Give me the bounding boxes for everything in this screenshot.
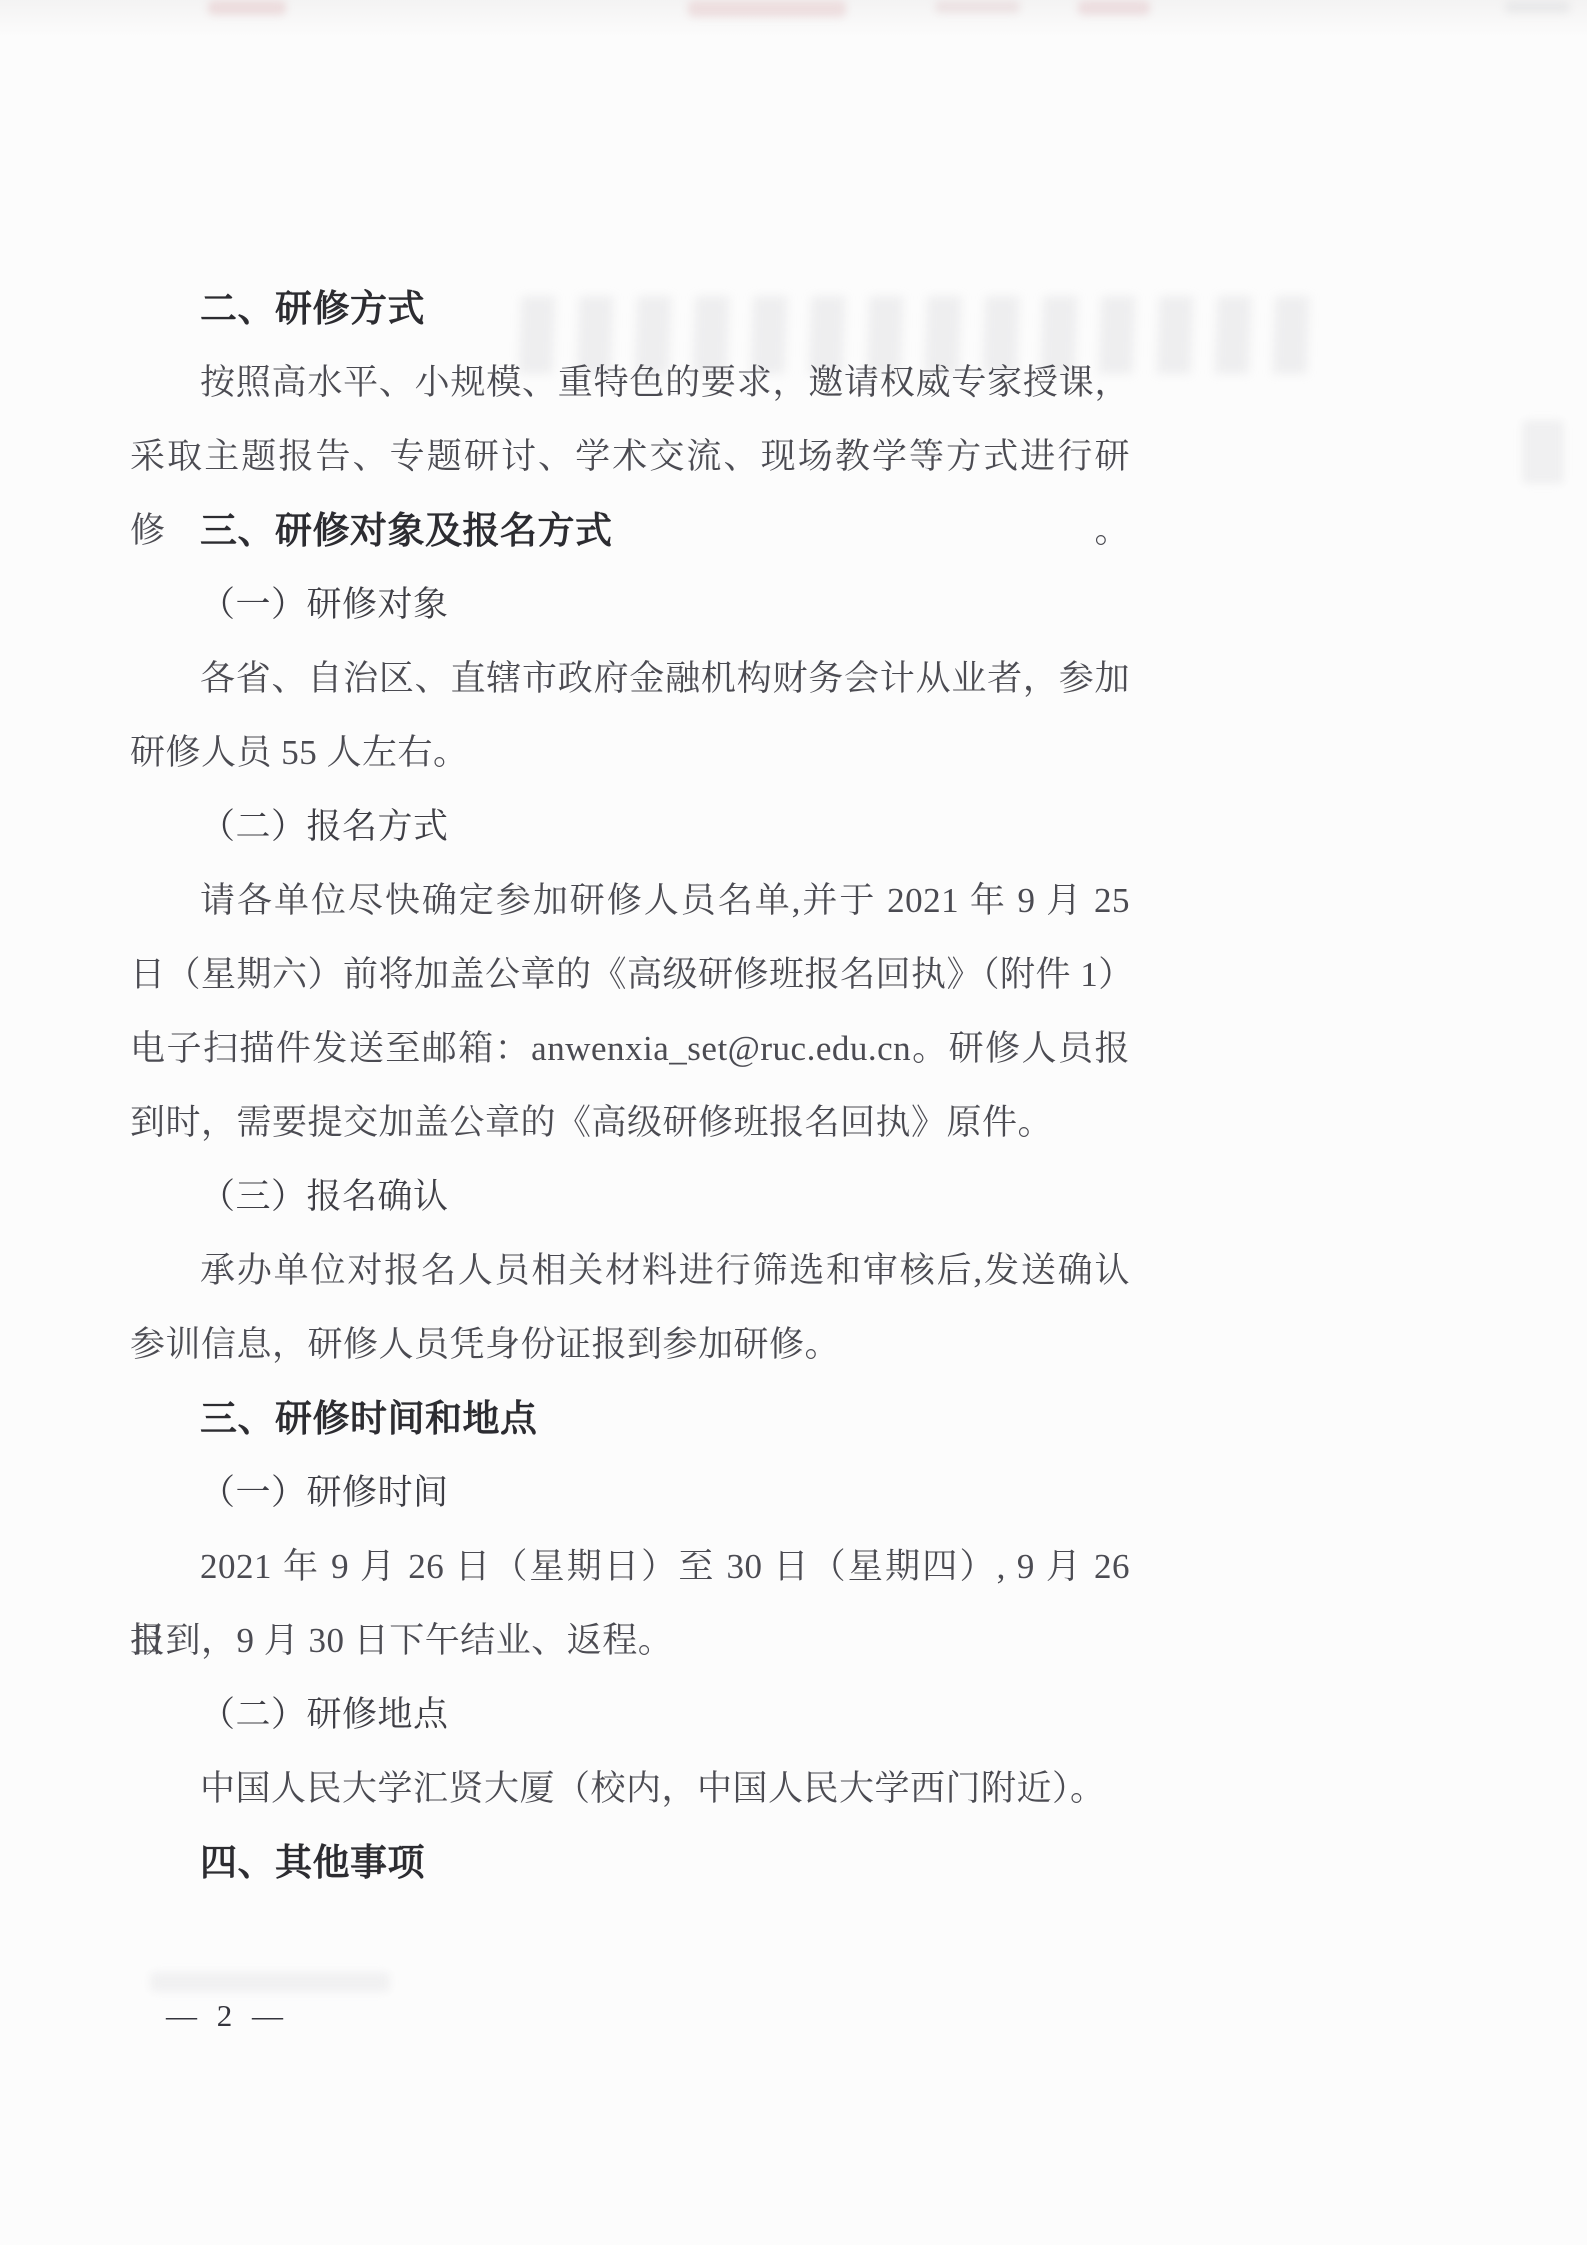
body-text-line: 研修人员 55 人左右。 — [130, 716, 1130, 790]
body-text-line: 按照高水平、小规模、重特色的要求，邀请权威专家授课， — [130, 346, 1130, 420]
section-heading: 三、研修时间和地点 — [130, 1382, 1130, 1456]
body-text-line: 请各单位尽快确定参加研修人员名单,并于 2021 年 9 月 25 — [130, 864, 1130, 938]
body-text-line: 各省、自治区、直辖市政府金融机构财务会计从业者，参加 — [130, 642, 1130, 716]
body-text-line: 中国人民大学汇贤大厦（校内，中国人民大学西门附近）。 — [130, 1752, 1130, 1826]
section-heading: 四、其他事项 — [130, 1826, 1130, 1900]
page-number: — 2 — — [166, 1998, 289, 2034]
scan-artifact-smudge — [688, 0, 846, 17]
body-text-line: 参训信息，研修人员凭身份证报到参加研修。 — [130, 1308, 1130, 1382]
document-body: 二、研修方式按照高水平、小规模、重特色的要求，邀请权威专家授课，采取主题报告、专… — [130, 272, 1130, 1900]
scan-artifact-smudge — [1522, 420, 1564, 484]
body-text-line: 采取主题报告、专题研讨、学术交流、现场教学等方式进行研修。 — [130, 420, 1130, 494]
sub-heading: （二）研修地点 — [130, 1678, 1130, 1752]
body-text-line: 日（星期六）前将加盖公章的《高级研修班报名回执》（附件 1） — [130, 938, 1130, 1012]
scan-artifact-smudge — [1505, 0, 1570, 13]
section-heading: 二、研修方式 — [130, 272, 1130, 346]
sub-heading: （一）研修时间 — [130, 1456, 1130, 1530]
body-text-line: 到时，需要提交加盖公章的《高级研修班报名回执》原件。 — [130, 1086, 1130, 1160]
sub-heading: （二）报名方式 — [130, 790, 1130, 864]
scan-artifact-smudge — [1078, 0, 1150, 15]
scan-artifact-smudge — [935, 0, 1020, 13]
body-text-line: 承办单位对报名人员相关材料进行筛选和审核后,发送确认 — [130, 1234, 1130, 1308]
sub-heading: （一）研修对象 — [130, 568, 1130, 642]
scan-artifact-smudge — [150, 1972, 390, 1992]
body-text-line: 电子扫描件发送至邮箱：anwenxia_set@ruc.edu.cn。研修人员报 — [130, 1012, 1130, 1086]
scan-artifact-smudge — [208, 0, 286, 15]
body-text-line: 报到，9 月 30 日下午结业、返程。 — [130, 1604, 1130, 1678]
document-page: 二、研修方式按照高水平、小规模、重特色的要求，邀请权威专家授课，采取主题报告、专… — [0, 0, 1587, 2245]
body-text-line: 2021 年 9 月 26 日（星期日）至 30 日（星期四）, 9 月 26 … — [130, 1530, 1130, 1604]
sub-heading: （三）报名确认 — [130, 1160, 1130, 1234]
